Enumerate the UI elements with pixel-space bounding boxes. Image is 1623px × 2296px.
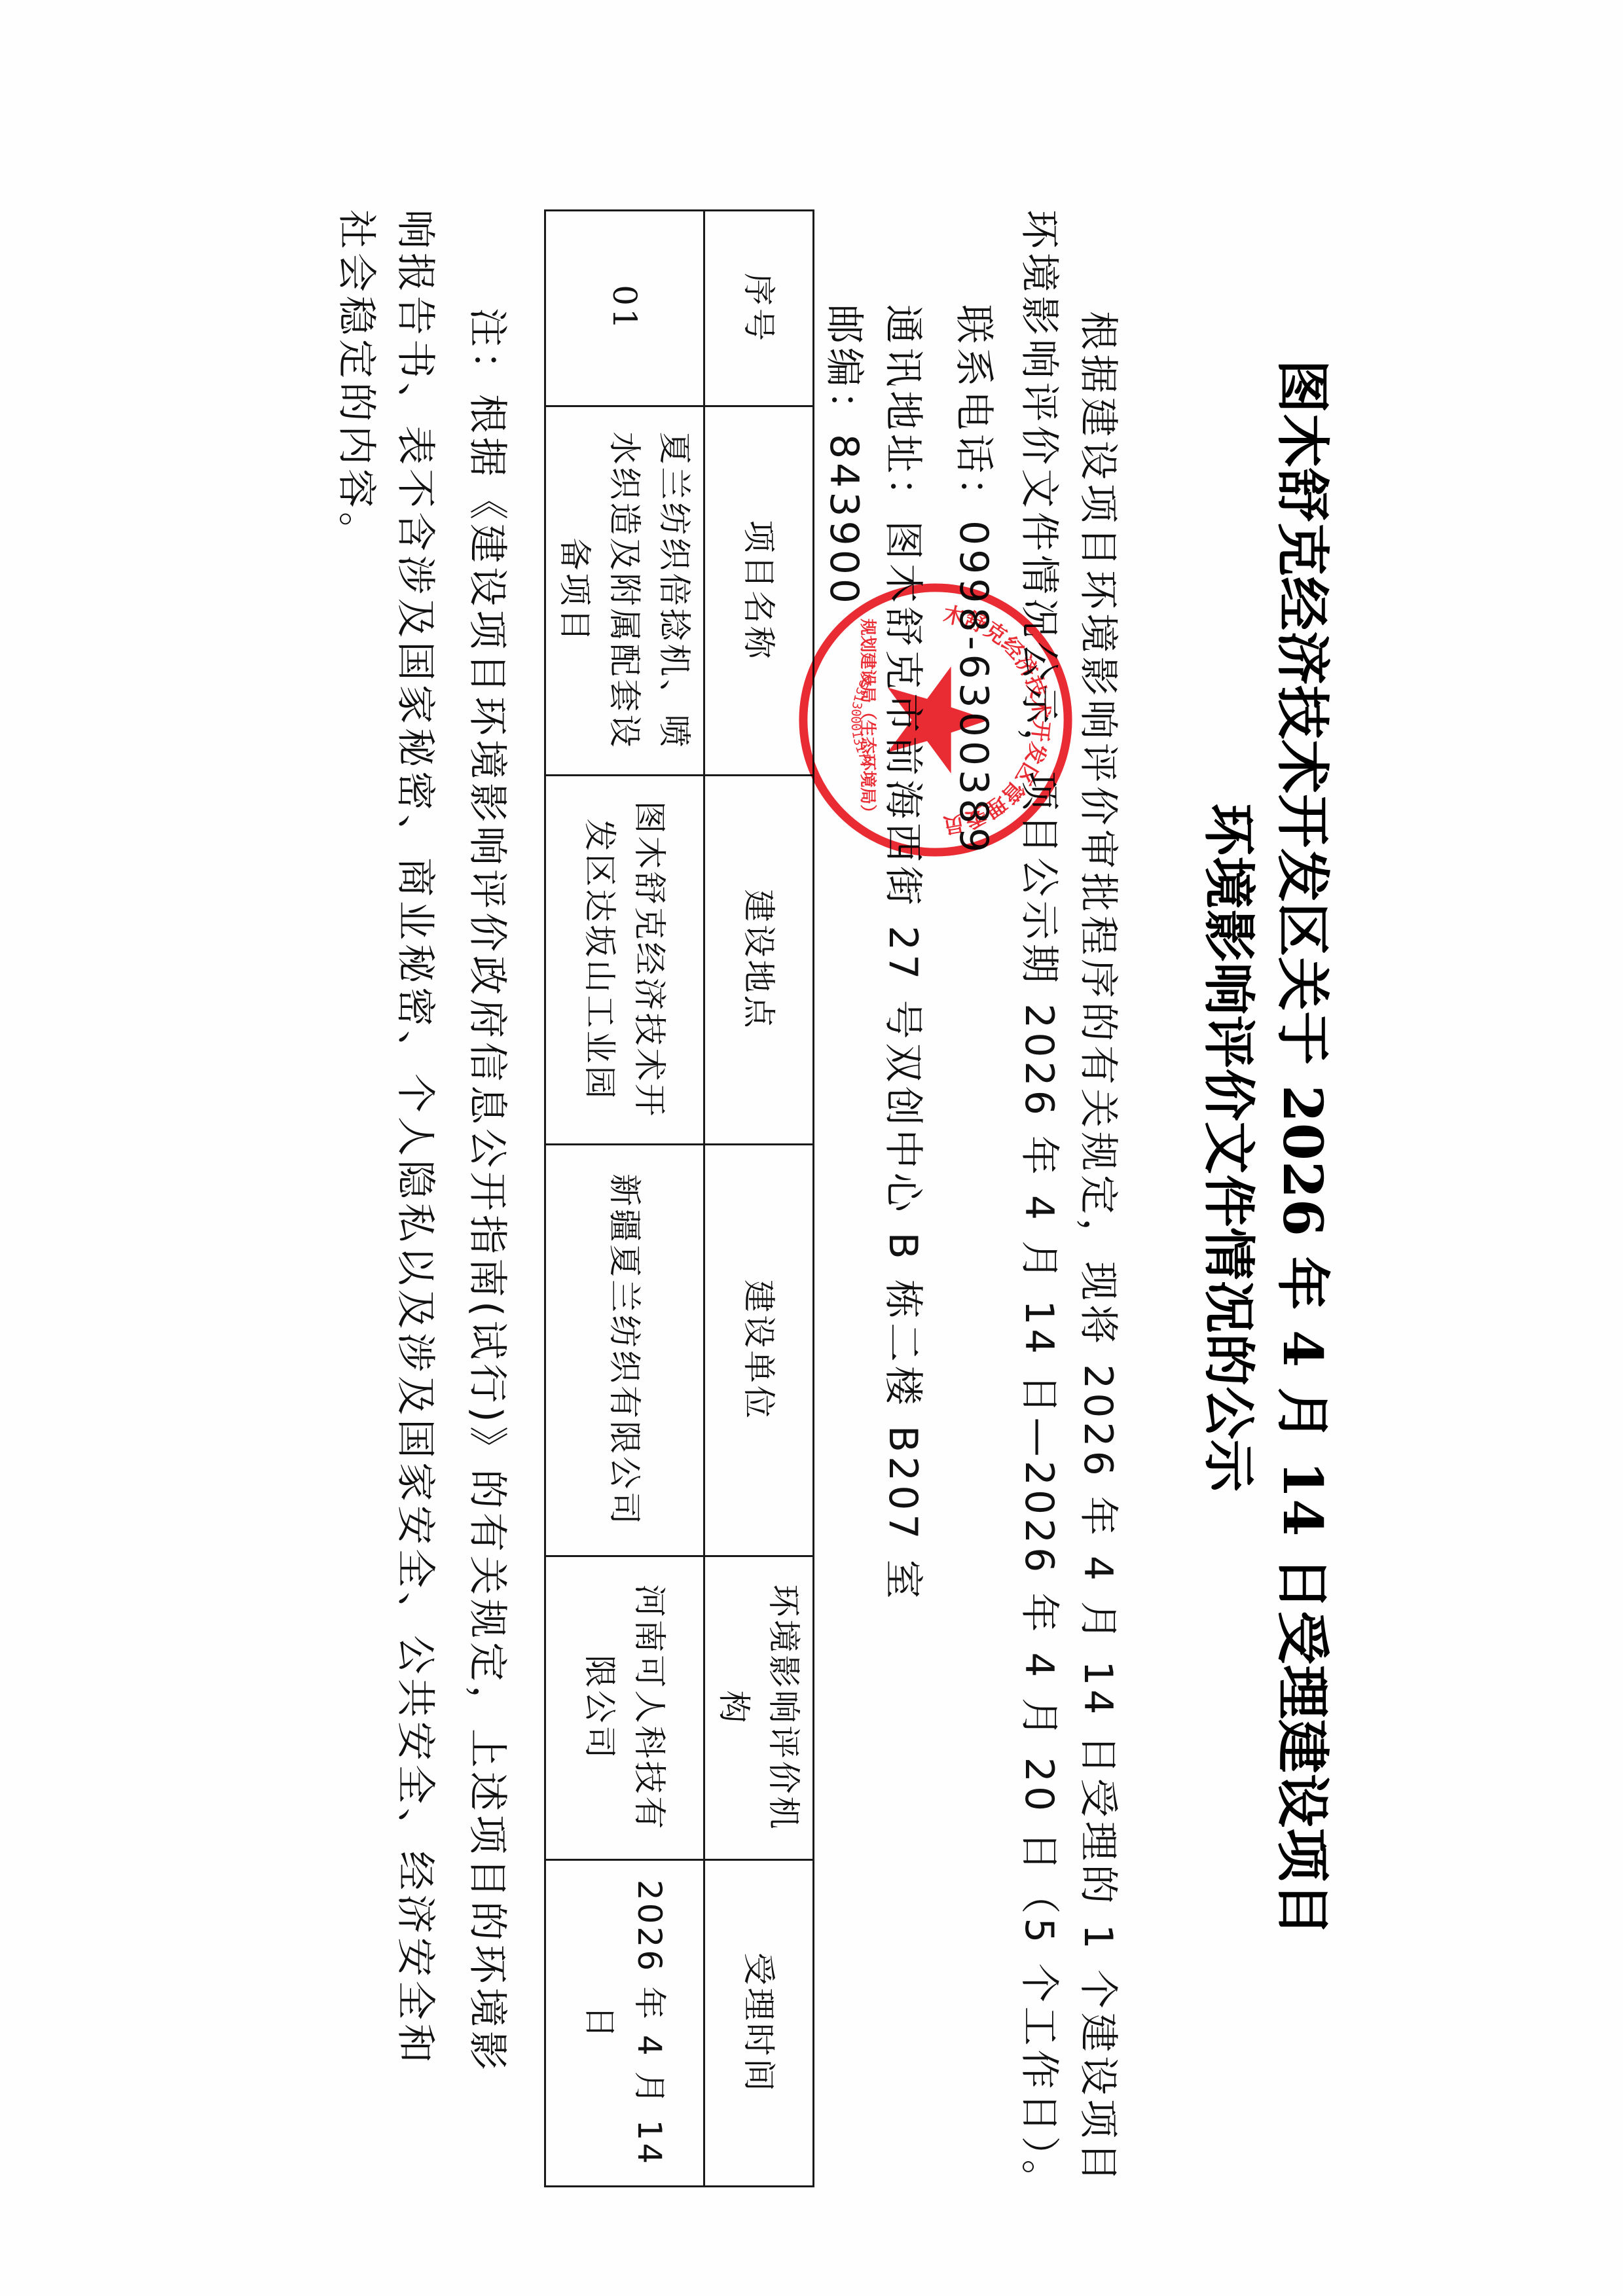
table-header-row: 序号 项目名称 建设地点 建设单位 环境影响评价机构 受理时间	[704, 211, 814, 2187]
cell-eia-agency: 河南可人科技有限公司	[545, 1556, 704, 1860]
document-page: 图木舒克经济技术开发区关于 2026 年 4 月 14 日受理建设项目 环境影响…	[0, 0, 1623, 2296]
svg-text:6531300013171: 6531300013171	[848, 671, 875, 768]
contact-phone-value: 0998-6300389	[951, 520, 996, 857]
cell-project-name: 夏兰纺织倍捻机、喷水织造及附属配套设备项目	[545, 406, 704, 776]
header-eia-agency: 环境影响评价机构	[704, 1556, 814, 1860]
postcode: 邮编：843900	[818, 304, 870, 607]
note-line-3: 社会稳定的内容。	[330, 209, 382, 555]
note-line-1: 注：根据《建设项目环境影响评价政府信息公开指南(试行)》的有关规定，上述项目的环…	[461, 308, 513, 2074]
header-serial: 序号	[704, 211, 814, 406]
body-paragraph-line-1: 根据建设项目环境影响评价审批程序的有关规定，现将 2026 年 4 月 14 日…	[1072, 311, 1124, 2185]
contact-phone-label: 联系电话：	[951, 304, 996, 520]
cell-accept-date: 2026 年 4 月 14 日	[545, 1860, 704, 2187]
seal-inner-text: 规划建设局（生态环境局）	[858, 619, 878, 821]
body-paragraph-line-2: 环境影响评价文件情况公示，项目公示期 2026 年 4 月 14 日—2026 …	[1013, 209, 1065, 2202]
header-accept-date: 受理时间	[704, 1860, 814, 2187]
cell-location: 图木舒克经济技术开发区达坂山工业园	[545, 776, 704, 1145]
header-developer: 建设单位	[704, 1145, 814, 1556]
document-title-line-2: 环境影响评价文件情况的公示	[1196, 0, 1262, 2296]
document-title-line-1: 图木舒克经济技术开发区关于 2026 年 4 月 14 日受理建设项目	[1269, 0, 1335, 2296]
postcode-value: 843900	[821, 434, 867, 607]
project-table: 序号 项目名称 建设地点 建设单位 环境影响评价机构 受理时间 01 夏兰纺织倍…	[544, 209, 814, 2187]
cell-serial: 01	[545, 211, 704, 406]
address-label: 通讯地址：	[880, 304, 926, 520]
cell-developer: 新疆夏兰纺织有限公司	[545, 1145, 704, 1556]
seal-serial: 6531300013171	[848, 671, 875, 768]
table-row: 01 夏兰纺织倍捻机、喷水织造及附属配套设备项目 图木舒克经济技术开发区达坂山工…	[545, 211, 704, 2187]
contact-phone: 联系电话：0998-6300389	[947, 304, 1000, 857]
header-project-name: 项目名称	[704, 406, 814, 776]
postcode-label: 邮编：	[821, 304, 867, 434]
address-value: 图木舒克市前海西街 27 号双创中心 B 栋二楼 B207 室	[880, 520, 926, 1603]
mailing-address: 通讯地址：图木舒克市前海西街 27 号双创中心 B 栋二楼 B207 室	[877, 304, 929, 1603]
header-location: 建设地点	[704, 776, 814, 1145]
note-line-2: 响报告书、表不含涉及国家秘密、商业秘密、个人隐私以及涉及国家安全、公共安全、经济…	[389, 209, 441, 2067]
